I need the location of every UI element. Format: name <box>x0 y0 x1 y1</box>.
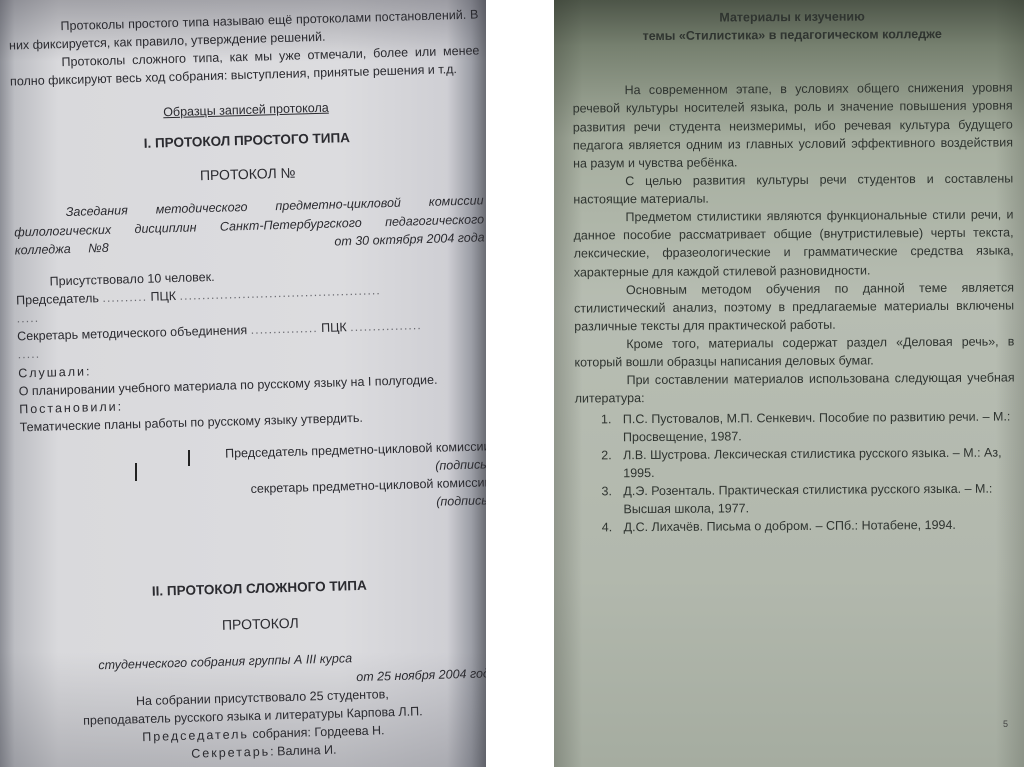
secretary-dots-trailing: ................ <box>350 318 422 334</box>
literature-item: Л.В. Шустрова. Лексическая стилистика ру… <box>615 443 1015 482</box>
pen-mark <box>188 450 190 466</box>
samples-heading: Образцы записей протокола <box>11 94 481 125</box>
complex-secretary-text: : Валина И. <box>270 743 337 759</box>
secretary-dots: ............... <box>250 321 317 337</box>
paragraph: При составлении материалов использована … <box>575 369 1015 408</box>
page-number: 5 <box>1003 719 1008 729</box>
paragraph: Основным методом обучения по данной теме… <box>574 278 1014 335</box>
left-page-photo: Протоколы простого типа называю ещё прот… <box>0 0 486 767</box>
paragraph: На современном этапе, в условиях общего … <box>573 79 1014 173</box>
complex-chair-label: Председатель <box>142 727 249 744</box>
secretary-org: ПЦК <box>321 321 347 336</box>
right-document-page: Материалы к изучению темы «Стилистика» в… <box>572 6 1016 536</box>
literature-list: П.С. Пустовалов, М.П. Сенкевич. Пособие … <box>575 407 1016 537</box>
paragraph: С целью развития культуры речи студентов… <box>573 169 1013 208</box>
complex-protocol-title: ПРОТОКОЛ <box>25 607 486 640</box>
right-page-photo: Материалы к изучению темы «Стилистика» в… <box>554 0 1024 767</box>
chair-dots: .......... <box>102 290 147 305</box>
simple-section-title: I. ПРОТОКОЛ ПРОСТОГО ТИПА <box>12 124 482 157</box>
paragraph: Кроме того, материалы содержат раздел «Д… <box>574 332 1014 371</box>
simple-protocol-title: ПРОТОКОЛ № <box>13 158 483 191</box>
left-document-page: Протоколы простого типа называю ещё прот… <box>8 0 486 767</box>
pen-mark <box>135 463 137 481</box>
doc-title-line2: темы «Стилистика» в педагогическом колле… <box>572 25 1012 46</box>
literature-item: П.С. Пустовалов, М.П. Сенкевич. Пособие … <box>615 407 1015 446</box>
paragraph: Предметом стилистики являются функционал… <box>573 206 1013 282</box>
complex-secretary-label: Секретарь <box>191 745 270 761</box>
literature-item: Д.С. Лихачёв. Письма о добром. – СПб.: Н… <box>616 516 1016 537</box>
literature-item: Д.Э. Розенталь. Практическая стилистика … <box>615 479 1015 518</box>
chair-label: Председатель <box>16 291 99 307</box>
complex-chair-text: собрания: Гордеева Н. <box>252 723 385 741</box>
chair-dots-trailing: ........................................… <box>179 283 381 303</box>
chair-org: ПЦК <box>150 289 176 304</box>
complex-section-title: II. ПРОТОКОЛ СЛОЖНОГО ТИПА <box>24 572 486 605</box>
